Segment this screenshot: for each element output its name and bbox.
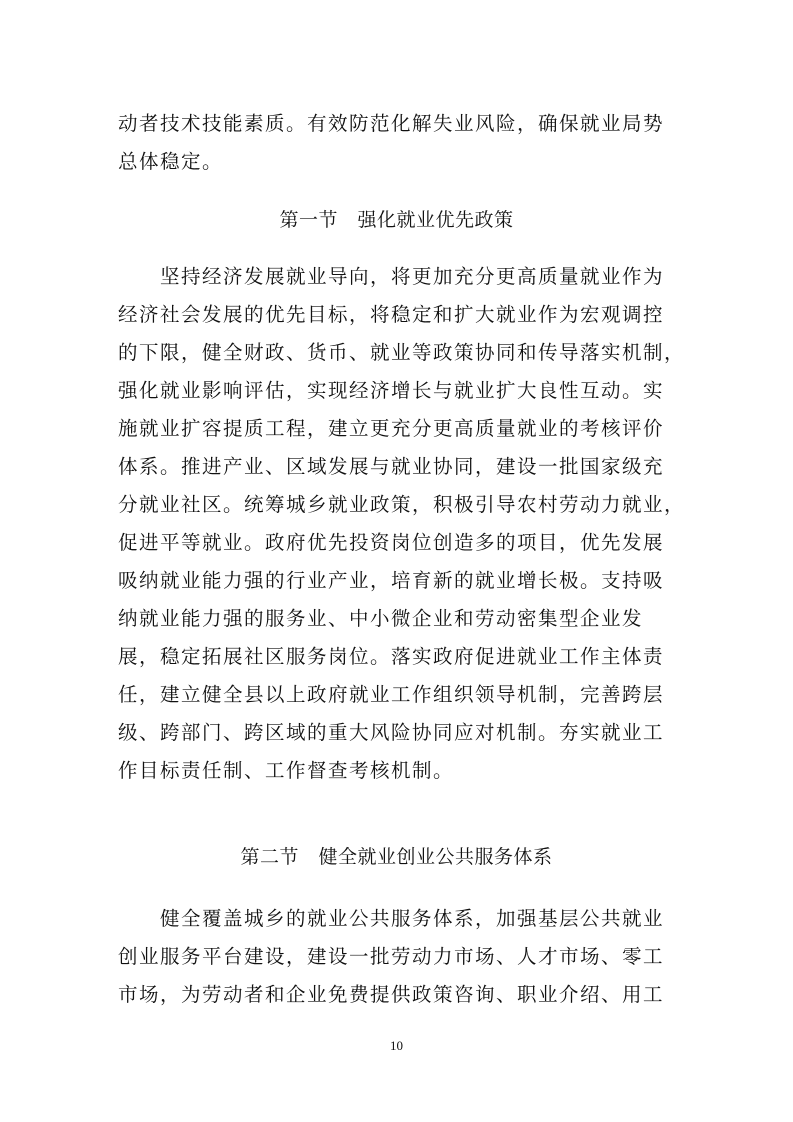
paragraph-line: 创业服务平台建设，建设一批劳动力市场、人才市场、零工	[118, 945, 678, 969]
section-heading-1: 第一节 强化就业优先政策	[0, 208, 793, 232]
section-heading-2: 第二节 健全就业创业公共服务体系	[0, 845, 793, 869]
paragraph-line: 施就业扩容提质工程，建立更充分更高质量就业的考核评价	[118, 417, 678, 441]
paragraph-line: 市场，为劳动者和企业免费提供政策咨询、职业介绍、用工	[118, 983, 678, 1007]
paragraph-line: 健全覆盖城乡的就业公共服务体系，加强基层公共就业	[118, 907, 678, 931]
paragraph-line: 强化就业影响评估，实现经济增长与就业扩大良性互动。实	[118, 379, 678, 403]
paragraph-line: 分就业社区。统筹城乡就业政策，积极引导农村劳动力就业，	[118, 493, 678, 517]
paragraph-line: 总体稳定。	[118, 150, 678, 174]
paragraph-line: 展，稳定拓展社区服务岗位。落实政府促进就业工作主体责	[118, 645, 678, 669]
document-page: 动者技术技能素质。有效防范化解失业风险，确保就业局势 总体稳定。 第一节 强化就…	[0, 0, 793, 1122]
paragraph-line: 作目标责任制、工作督查考核机制。	[118, 759, 678, 783]
paragraph-line: 的下限，健全财政、货币、就业等政策协同和传导落实机制，	[118, 341, 678, 365]
paragraph-line: 级、跨部门、跨区域的重大风险协同应对机制。夯实就业工	[118, 721, 678, 745]
paragraph-line: 吸纳就业能力强的行业产业，培育新的就业增长极。支持吸	[118, 569, 678, 593]
paragraph-line: 纳就业能力强的服务业、中小微企业和劳动密集型企业发	[118, 607, 678, 631]
paragraph-line: 促进平等就业。政府优先投资岗位创造多的项目，优先发展	[118, 531, 678, 555]
paragraph-line: 任，建立健全县以上政府就业工作组织领导机制，完善跨层	[118, 683, 678, 707]
paragraph-line: 动者技术技能素质。有效防范化解失业风险，确保就业局势	[118, 112, 678, 136]
paragraph-line: 坚持经济发展就业导向，将更加充分更高质量就业作为	[118, 265, 678, 289]
paragraph-line: 体系。推进产业、区域发展与就业协同，建设一批国家级充	[118, 455, 678, 479]
paragraph-line: 经济社会发展的优先目标，将稳定和扩大就业作为宏观调控	[118, 303, 678, 327]
page-number: 10	[0, 1038, 793, 1054]
